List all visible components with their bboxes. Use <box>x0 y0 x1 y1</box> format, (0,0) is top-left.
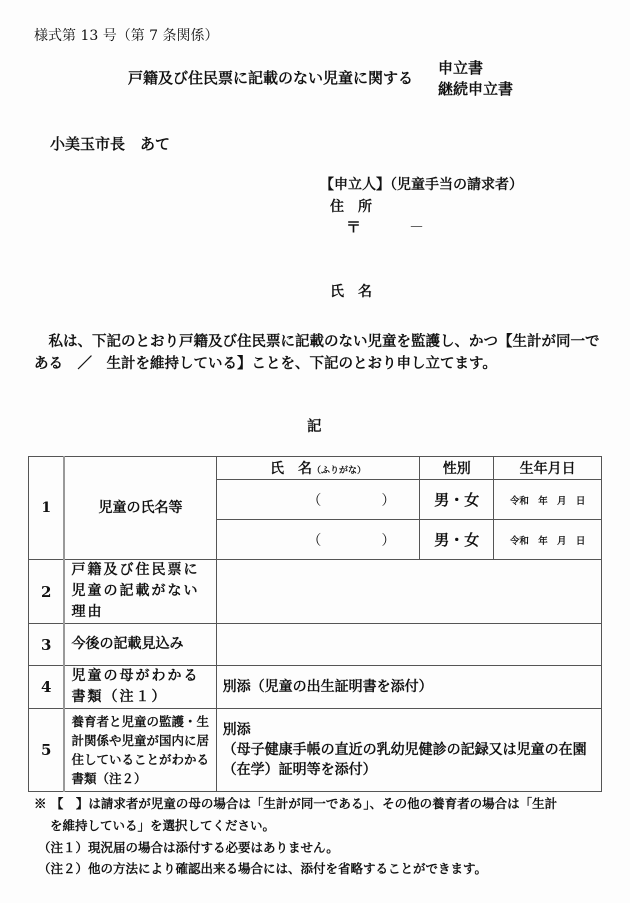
row-label-future-registration: 今後の記載見込み <box>64 624 216 666</box>
row-number: 3 <box>29 624 65 666</box>
applicant-heading: 【申立人】（児童手当の請求者） <box>320 174 523 194</box>
postal-code-separator: － <box>409 216 424 237</box>
table-row: 4 児童の母がわかる書類（注１） 別添（児童の出生証明書を添付） <box>29 666 602 709</box>
note-2: （注２）他の方法により確認出来る場合には、添付を省略することができます。 <box>38 859 487 877</box>
statement-text: 私は、下記のとおり戸籍及び住民票に記載のない児童を監護し、かつ【生計が同一である… <box>34 331 604 375</box>
child-gender-field[interactable]: 男・女 <box>420 480 494 520</box>
paren-close: ） <box>381 530 395 550</box>
row-label-custody-document: 養育者と児童の監護・生計関係や児童が国内に居住していることがわかる書類（注２） <box>64 709 216 792</box>
header-dob: 生年月日 <box>494 457 602 480</box>
applicant-name-label: 氏 名 <box>330 281 372 301</box>
row-number: 5 <box>29 709 65 792</box>
title-option-application: 申立書 <box>438 57 483 78</box>
postal-mark-icon: 〒 <box>346 216 361 237</box>
header-name-label: 氏 名 <box>270 461 312 477</box>
form-number: 様式第 13 号（第 7 条関係） <box>34 25 219 45</box>
paren-open: （ <box>307 530 321 550</box>
title-option-continuation: 継続申立書 <box>438 78 513 99</box>
future-registration-field[interactable] <box>216 624 601 666</box>
ki-heading: 記 <box>307 415 322 436</box>
paren-close: ） <box>381 490 395 510</box>
header-gender: 性別 <box>420 457 494 480</box>
table-row: 3 今後の記載見込み <box>29 624 602 666</box>
custody-document-value: 別添 （母子健康手帳の直近の乳幼児健診の記録又は児童の在園（在学）証明等を添付） <box>216 709 601 792</box>
child-dob-field[interactable]: 令和 年 月 日 <box>494 520 602 560</box>
row-label-child-name: 児童の氏名等 <box>64 457 216 560</box>
row-number: 4 <box>29 666 65 709</box>
row-label-reason: 戸籍及び住民票に児童の記載がない理由 <box>64 560 216 624</box>
child-name-field[interactable]: （） <box>216 520 420 560</box>
details-table: 1 児童の氏名等 氏 名（ふりがな） 性別 生年月日 （） 男・女 令和 年 月… <box>28 456 602 792</box>
address-label: 住 所 <box>330 196 372 216</box>
child-gender-field[interactable]: 男・女 <box>420 520 494 560</box>
header-name: 氏 名（ふりがな） <box>216 457 420 480</box>
table-header-row: 1 児童の氏名等 氏 名（ふりがな） 性別 生年月日 <box>29 457 602 480</box>
custody-document-line1: 別添 <box>223 720 595 740</box>
reason-field[interactable] <box>216 560 601 624</box>
addressee: 小美玉市長 あて <box>50 133 170 154</box>
row-label-mother-document: 児童の母がわかる書類（注１） <box>64 666 216 709</box>
header-furigana: （ふりがな） <box>312 466 366 476</box>
table-row: 2 戸籍及び住民票に児童の記載がない理由 <box>29 560 602 624</box>
table-row: 5 養育者と児童の監護・生計関係や児童が国内に居住していることがわかる書類（注２… <box>29 709 602 792</box>
note-asterisk-line1: ※ 【 】は請求者が児童の母の場合は「生計が同一である」、その他の養育者の場合は… <box>34 794 557 812</box>
child-dob-field[interactable]: 令和 年 月 日 <box>494 480 602 520</box>
row-number: 1 <box>29 457 65 560</box>
note-1: （注１）現況届の場合は添付する必要はありません。 <box>38 838 339 856</box>
child-name-field[interactable]: （） <box>216 480 420 520</box>
document-title: 戸籍及び住民票に記載のない児童に関する <box>128 67 413 88</box>
row-number: 2 <box>29 560 65 624</box>
mother-document-value: 別添（児童の出生証明書を添付） <box>216 666 601 709</box>
paren-open: （ <box>307 490 321 510</box>
custody-document-line2: （母子健康手帳の直近の乳幼児健診の記録又は児童の在園（在学）証明等を添付） <box>223 740 595 780</box>
note-asterisk-line2: を維持している」を選択してください。 <box>50 816 275 834</box>
